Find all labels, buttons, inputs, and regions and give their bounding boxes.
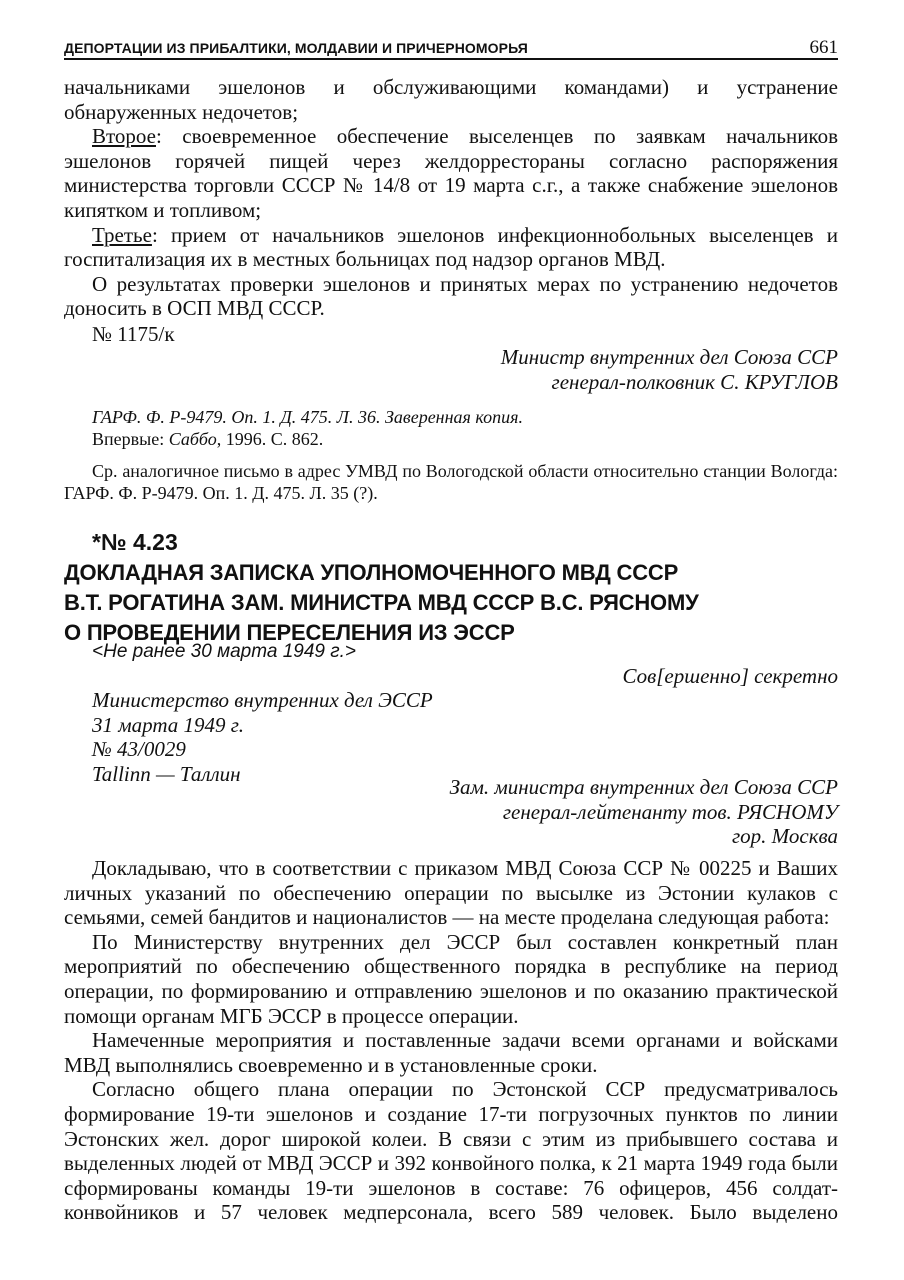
- continuation-paragraph: начальниками эшелонов и обслуживающими к…: [64, 75, 838, 124]
- source-first-author: Саббо: [169, 429, 217, 449]
- date-note: <Не ранее 30 марта 1949 г.>: [92, 641, 866, 663]
- source-first-rest: , 1996. С. 862.: [217, 429, 324, 449]
- addressee-line: генерал-лейтенанту тов. РЯСНОМУ: [64, 800, 838, 825]
- signature-name: генерал-полковник С. КРУГЛОВ: [64, 370, 838, 395]
- item-third-label: Третье: [92, 223, 152, 247]
- closing-paragraph: О результатах проверки эшелонов и принят…: [64, 272, 838, 321]
- item-second-text: : своевременное обеспечение выселенцев п…: [64, 124, 838, 222]
- sender-line: Министерство внутренних дел ЭССР: [92, 688, 866, 713]
- document-title-line: ДОКЛАДНАЯ ЗАПИСКА УПОЛНОМОЧЕННОГО МВД СС…: [64, 558, 838, 588]
- body-paragraph: По Министерству внутренних дел ЭССР был …: [64, 930, 838, 1028]
- item-second-label: Второе: [92, 124, 156, 148]
- source-archive: ГАРФ. Ф. Р-9479. Оп. 1. Д. 475. Л. 36. З…: [92, 406, 838, 428]
- running-head: ДЕПОРТАЦИИ ИЗ ПРИБАЛТИКИ, МОЛДАВИИ И ПРИ…: [64, 38, 838, 60]
- source-block: ГАРФ. Ф. Р-9479. Оп. 1. Д. 475. Л. 36. З…: [64, 406, 838, 450]
- page-number: 661: [810, 37, 839, 59]
- item-third-paragraph: Третье: прием от начальников эшелонов ин…: [64, 223, 838, 272]
- document-number: *№ 4.23: [92, 529, 866, 556]
- document-title: ДОКЛАДНАЯ ЗАПИСКА УПОЛНОМОЧЕННОГО МВД СС…: [64, 558, 838, 648]
- running-head-title: ДЕПОРТАЦИИ ИЗ ПРИБАЛТИКИ, МОЛДАВИИ И ПРИ…: [64, 40, 528, 56]
- document-body: Докладываю, что в соответствии с приказо…: [64, 856, 838, 1225]
- addressee-line: гор. Москва: [64, 824, 838, 849]
- addressee-line: Зам. министра внутренних дел Союза ССР: [64, 775, 838, 800]
- classification-stamp: Сов[ершенно] секретно: [64, 664, 838, 689]
- source-first-publication: Впервые: Саббо, 1996. С. 862.: [92, 428, 838, 450]
- signature-title: Министр внутренних дел Союза ССР: [64, 345, 838, 370]
- previous-doc-number: № 1175/к: [92, 322, 866, 347]
- item-second-paragraph: Второе: своевременное обеспечение выселе…: [64, 124, 838, 222]
- sender-block: Министерство внутренних дел ЭССР 31 март…: [92, 688, 866, 786]
- addressee-block: Зам. министра внутренних дел Союза ССР г…: [64, 775, 838, 849]
- body-paragraph: Согласно общего плана операции по Эстонс…: [64, 1077, 838, 1225]
- sender-line: 31 марта 1949 г.: [92, 713, 866, 738]
- sender-line: № 43/0029: [92, 737, 866, 762]
- body-paragraph: Докладываю, что в соответствии с приказо…: [64, 856, 838, 930]
- item-third-text: : прием от начальников эшелонов инфекцио…: [64, 223, 838, 272]
- previous-document-body: начальниками эшелонов и обслуживающими к…: [64, 75, 838, 321]
- body-paragraph: Намеченные мероприятия и поставленные за…: [64, 1028, 838, 1077]
- source-first-prefix: Впервые:: [92, 429, 169, 449]
- document-title-line: В.Т. РОГАТИНА ЗАМ. МИНИСТРА МВД СССР В.С…: [64, 588, 838, 618]
- signature-block: Министр внутренних дел Союза ССР генерал…: [64, 345, 838, 394]
- comparison-note: Ср. аналогичное письмо в адрес УМВД по В…: [64, 460, 838, 504]
